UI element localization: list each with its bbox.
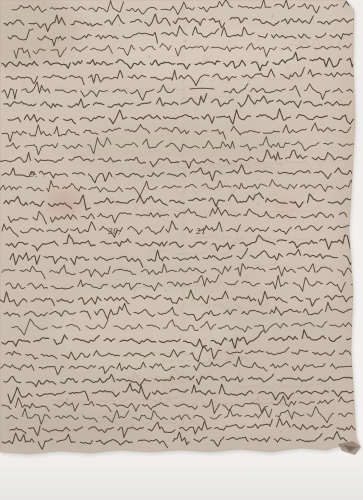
legible-numeral: 20, <box>107 227 121 236</box>
fold-crease <box>0 332 363 335</box>
fold-crease <box>0 158 363 161</box>
legible-numeral: 21 <box>195 227 206 236</box>
legible-numeral: 9. <box>30 170 38 179</box>
scan-background: 9.20,21 <box>0 0 363 500</box>
letter-page: 9.20,21 <box>0 0 363 500</box>
